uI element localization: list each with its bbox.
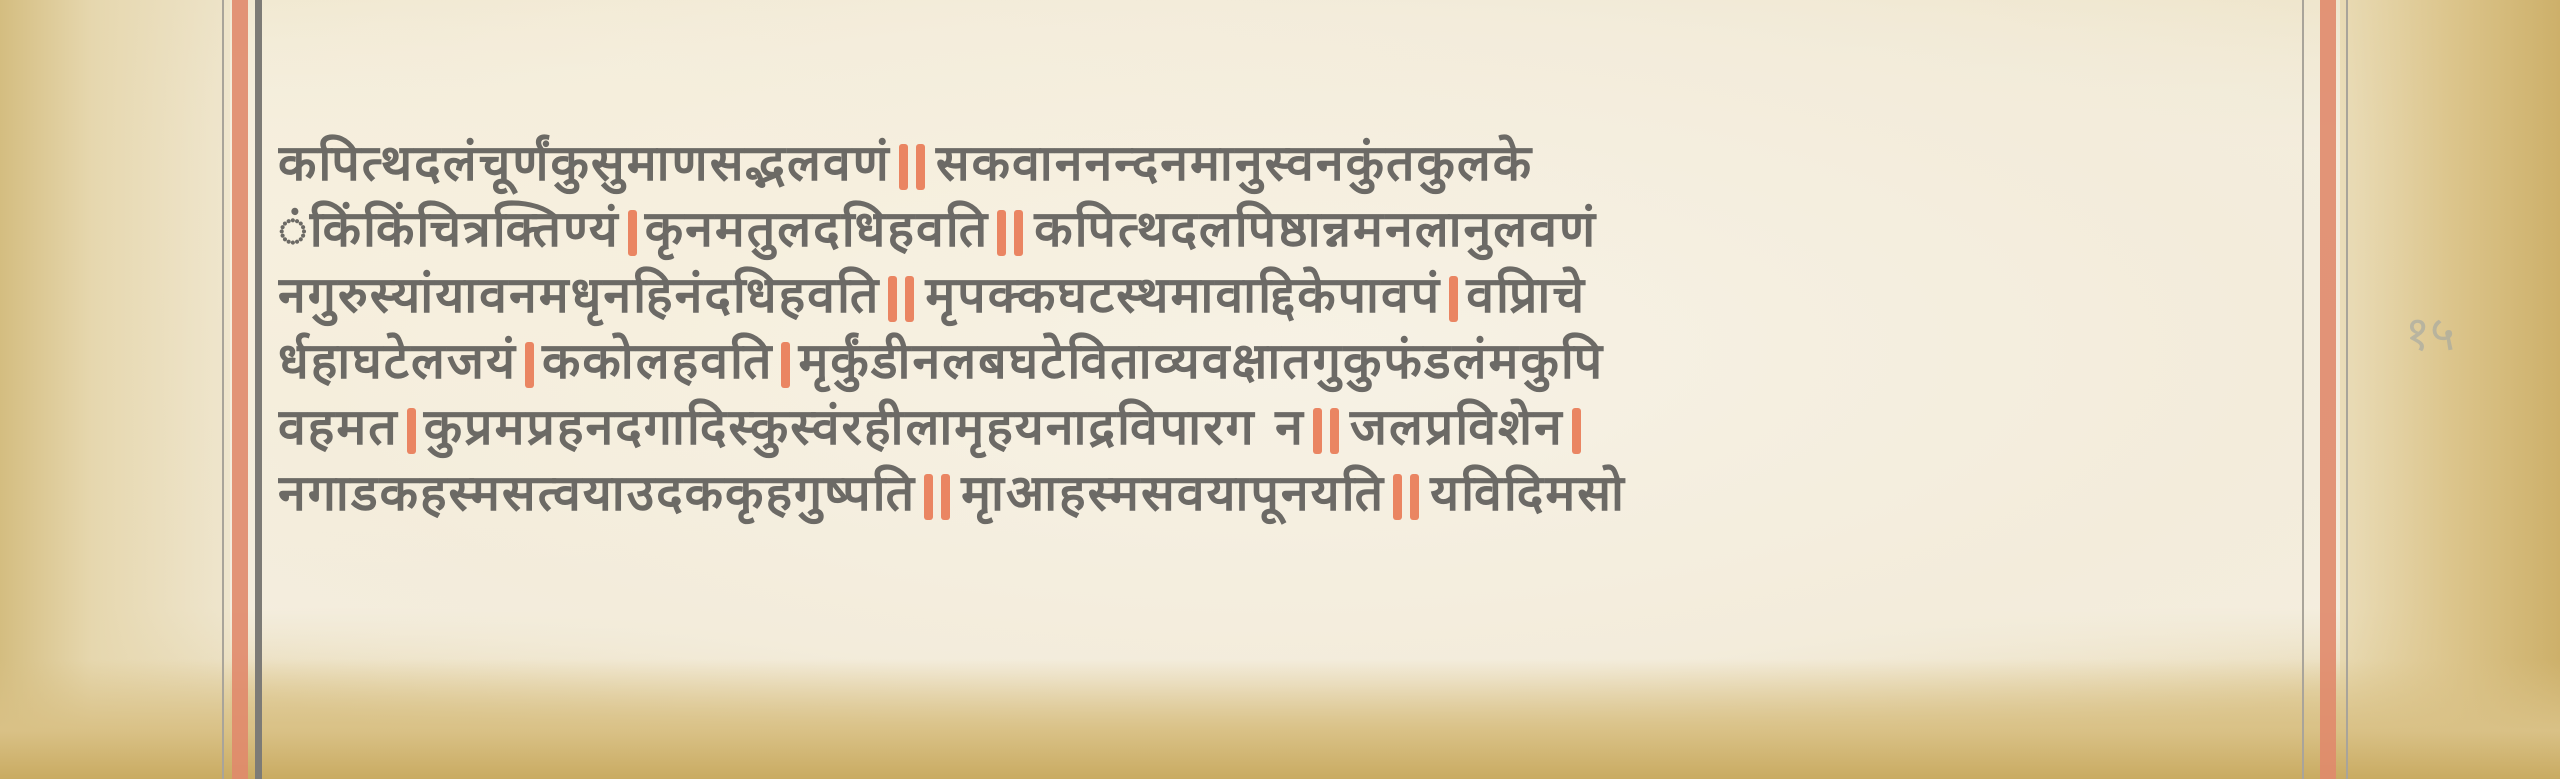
text-line: नगाडकहस्मसत्वयाउदककृहगुष्पतिमृाआहस्मसवया…	[278, 460, 2228, 526]
text-segment: कपित्थदलंचूर्णंकुसुमाणसद्भलवणं	[278, 134, 891, 192]
left-border-red-rule	[232, 0, 248, 779]
danda-mark	[525, 342, 534, 388]
text-line: वहमतकुप्रमप्रहनदगादिस्कुस्वंरहीलामृहयनाद…	[278, 394, 2228, 460]
text-segment: वप्रिाचे	[1466, 266, 1586, 324]
bottom-edge-stain	[0, 659, 2560, 779]
text-segment: नगुरुस्यांयावनमधृनहिनंदधिहवति	[278, 266, 880, 324]
text-segment: कृनमतुलदधिहवति	[645, 200, 990, 258]
double-danda-mark	[997, 210, 1006, 256]
danda-mark	[1449, 276, 1458, 322]
marginal-folio-number: १५	[2405, 300, 2455, 365]
right-border-thin-rule-outer	[2346, 0, 2348, 779]
text-line: कपित्थदलंचूर्णंकुसुमाणसद्भलवणंसकवाननन्दन…	[278, 130, 2228, 196]
text-segment: मृपक्कघटस्थमावाद्दिकेपावपं	[925, 266, 1441, 324]
double-danda-mark	[1393, 474, 1402, 520]
danda-mark	[1572, 408, 1581, 454]
text-segment: ंकिंकिंचित्रक्तिण्यं	[278, 200, 620, 258]
text-segment: यविदिमसो	[1430, 464, 1626, 522]
text-segment: कपित्थदलपिष्ठान्नमनलानुलवणं	[1034, 200, 1597, 258]
left-border-thin-rule	[222, 0, 224, 779]
text-segment: वहमत	[278, 398, 399, 456]
danda-mark	[628, 210, 637, 256]
text-segment: जलप्रविशेन	[1350, 398, 1564, 456]
double-danda-mark	[888, 276, 897, 322]
left-border-grey-rule	[255, 0, 262, 779]
text-segment: नगाडकहस्मसत्वयाउदककृहगुष्पति	[278, 464, 916, 522]
danda-mark	[781, 342, 790, 388]
text-line: र्धहाघटेलजयंककोलहवतिमृर्कुंडीनलबघटेविताव…	[278, 328, 2228, 394]
text-segment: कुप्रमप्रहनदगादिस्कुस्वंरहीलामृहयनाद्रवि…	[424, 398, 1305, 456]
text-line: नगुरुस्यांयावनमधृनहिनंदधिहवतिमृपक्कघटस्थ…	[278, 262, 2228, 328]
text-segment: मृर्कुंडीनलबघटेविताव्यवक्षातगुकुफंडलंमकु…	[798, 332, 1604, 390]
text-line: ंकिंकिंचित्रक्तिण्यंकृनमतुलदधिहवतिकपित्थ…	[278, 196, 2228, 262]
text-segment: ककोलहवति	[542, 332, 773, 390]
danda-mark	[407, 408, 416, 454]
right-border-thin-rule	[2302, 0, 2304, 779]
double-danda-mark	[1313, 408, 1322, 454]
double-danda-mark	[899, 144, 908, 190]
text-segment: मृाआहस्मसवयापूनयति	[961, 464, 1385, 522]
right-border-red-rule	[2320, 0, 2336, 779]
double-danda-mark	[924, 474, 933, 520]
text-segment: र्धहाघटेलजयं	[278, 332, 517, 390]
manuscript-folio: १५ कपित्थदलंचूर्णंकुसुमाणसद्भलवणंसकवाननन…	[0, 0, 2560, 779]
manuscript-text-block: कपित्थदलंचूर्णंकुसुमाणसद्भलवणंसकवाननन्दन…	[278, 130, 2228, 526]
text-segment: सकवाननन्दनमानुस्वनकुंतकुलके	[936, 134, 1533, 192]
